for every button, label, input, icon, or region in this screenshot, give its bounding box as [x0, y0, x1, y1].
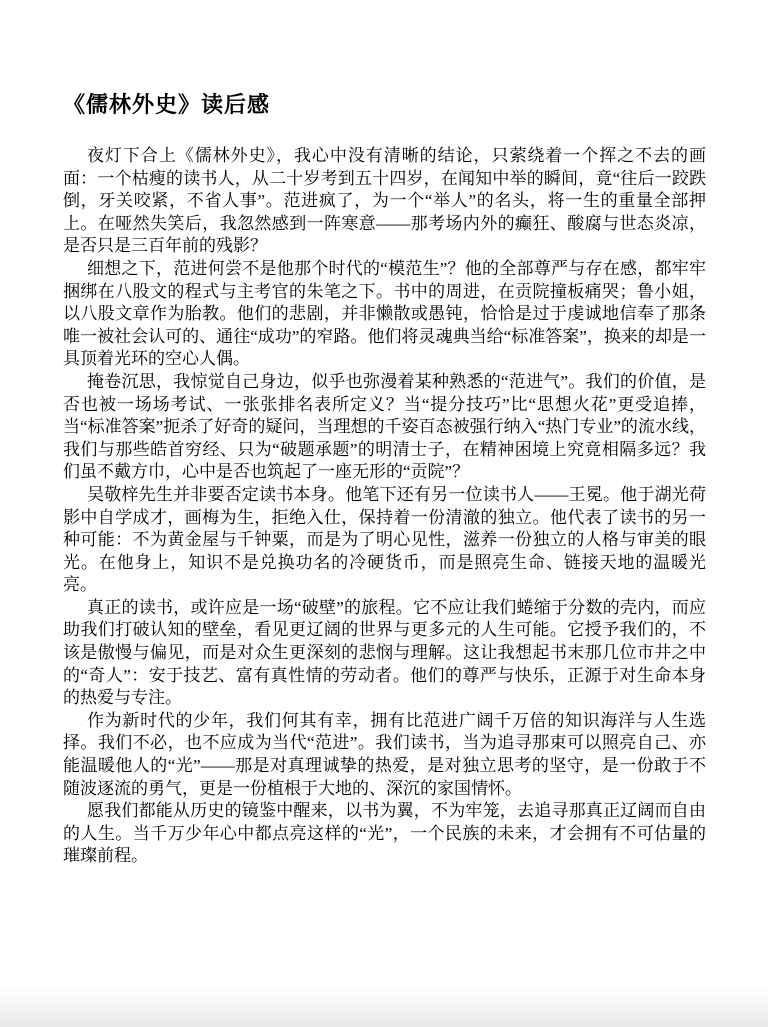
paragraph: 细想之下，范进何尝不是他那个时代的“模范生”？他的全部尊严与存在感，都牢牢捆绑在… — [63, 258, 706, 371]
paragraph: 掩卷沉思，我惊觉自己身边，似乎也弥漫着某种熟悉的“范进气”。我们的价值，是否也被… — [63, 371, 706, 484]
document-title: 《儒林外史》读后感 — [63, 91, 706, 119]
document-page: 《儒林外史》读后感 夜灯下合上《儒林外史》，我心中没有清晰的结论，只萦绕着一个挥… — [0, 0, 768, 1027]
paragraph: 夜灯下合上《儒林外史》，我心中没有清晰的结论，只萦绕着一个挥之不去的画面：一个枯… — [63, 145, 706, 258]
paragraph: 吴敬梓先生并非要否定读书本身。他笔下还有另一位读书人——王冕。他于湖光荷影中自学… — [63, 484, 706, 597]
page-bottom-shadow — [0, 987, 768, 1027]
paragraph: 愿我们都能从历史的镜鉴中醒来，以书为翼，不为牢笼，去追寻那真正辽阔而自由的人生。… — [63, 800, 706, 868]
paragraph: 作为新时代的少年，我们何其有幸，拥有比范进广阔千万倍的知识海洋与人生选择。我们不… — [63, 710, 706, 800]
paragraph: 真正的读书，或许应是一场“破壁”的旅程。它不应让我们蜷缩于分数的壳内，而应助我们… — [63, 597, 706, 710]
